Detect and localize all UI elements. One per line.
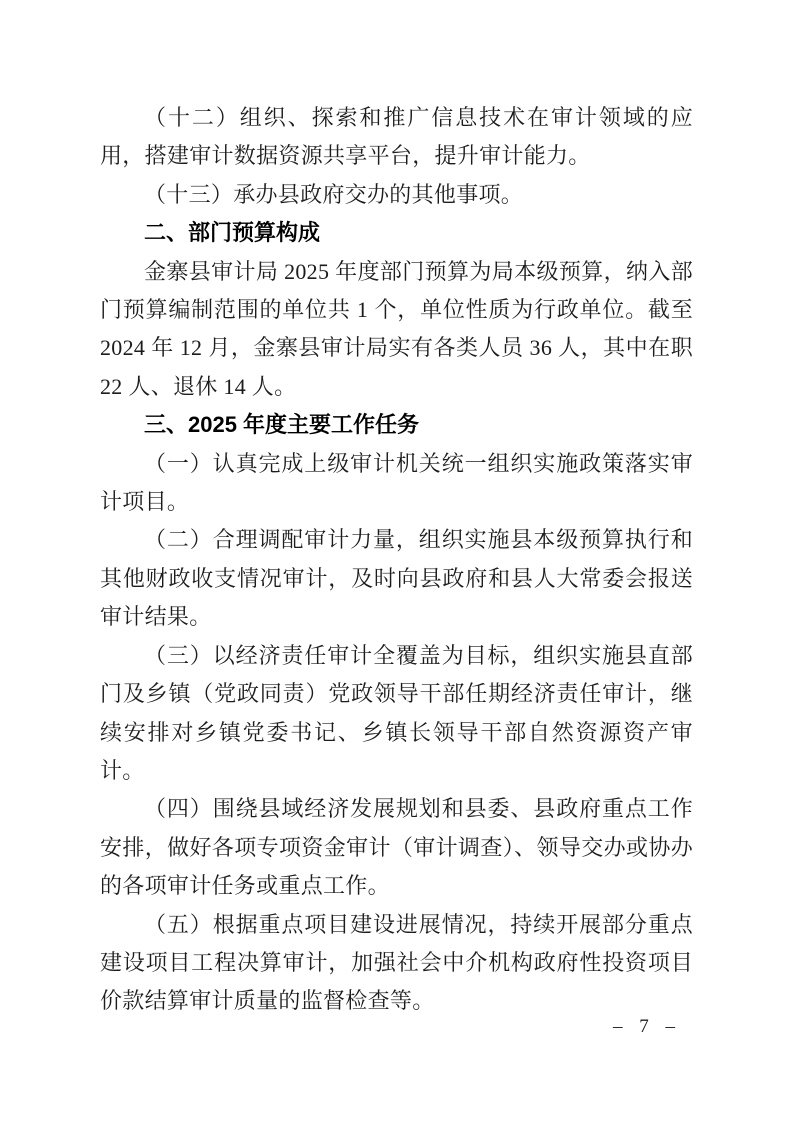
document-body: （十二）组织、探索和推广信息技术在审计领域的应用，搭建审计数据资源共享平台，提升… bbox=[100, 99, 693, 1021]
body-paragraph-budget-composition: 金寨县审计局 2025 年度部门预算为局本级预算，纳入部门预算编制范围的单位共 … bbox=[100, 253, 693, 407]
body-paragraph-task-5: （五）根据重点项目建设进展情况，持续开展部分重点建设项目工程决算审计，加强社会中… bbox=[100, 906, 693, 1021]
body-paragraph-item-12: （十二）组织、探索和推广信息技术在审计领域的应用，搭建审计数据资源共享平台，提升… bbox=[100, 99, 693, 176]
body-paragraph-task-3: （三）以经济责任审计全覆盖为目标，组织实施县直部门及乡镇（党政同责）党政领导干部… bbox=[100, 637, 693, 791]
document-page: （十二）组织、探索和推广信息技术在审计领域的应用，搭建审计数据资源共享平台，提升… bbox=[0, 0, 793, 1122]
body-paragraph-task-1: （一）认真完成上级审计机关统一组织实施政策落实审计项目。 bbox=[100, 445, 693, 522]
body-paragraph-task-4: （四）围绕县域经济发展规划和县委、县政府重点工作安排，做好各项专项资金审计（审计… bbox=[100, 790, 693, 905]
body-paragraph-item-13: （十三）承办县政府交办的其他事项。 bbox=[100, 176, 693, 214]
body-paragraph-task-2: （二）合理调配审计力量，组织实施县本级预算执行和其他财政收支情况审计，及时向县政… bbox=[100, 521, 693, 636]
section-heading-budget-composition: 二、部门预算构成 bbox=[100, 214, 693, 252]
page-number: – 7 – bbox=[613, 1013, 681, 1041]
section-heading-2025-main-tasks: 三、2025 年度主要工作任务 bbox=[100, 406, 693, 444]
